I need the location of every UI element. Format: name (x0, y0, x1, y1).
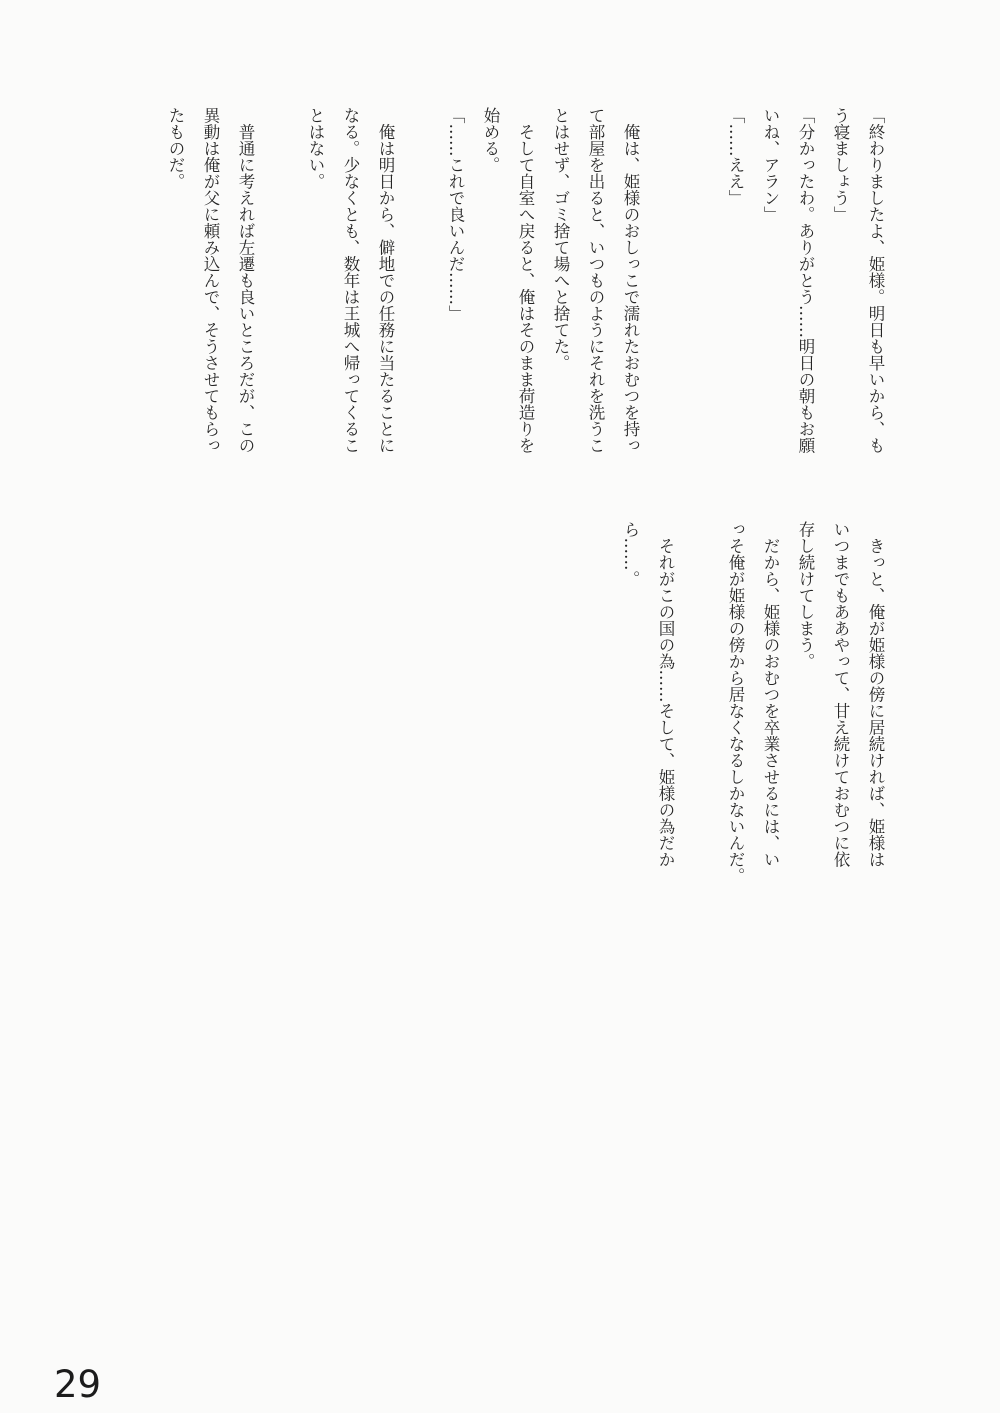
text-line: きっと、俺が姫様の傍に居続ければ、姫様は (858, 521, 893, 893)
text-line: 存し続けてしまう。 (788, 521, 823, 893)
text-line: 普通に考えれば左遷も良いところだが、この (228, 107, 263, 479)
text-line: 始める。 (473, 107, 508, 479)
text-line: ら……。 (613, 521, 648, 893)
text-line: だから、姫様のおむつを卒業させるには、い (753, 521, 788, 893)
text-line: とはない。 (298, 107, 333, 479)
text-line: そして自室へ戻ると、俺はそのまま荷造りを (508, 107, 543, 479)
text-line: なる。少なくとも、数年は王城へ帰ってくるこ (333, 107, 368, 479)
blank-line (403, 107, 438, 479)
text-line: それがこの国の為……そして、姫様の為だか (648, 521, 683, 893)
text-line: 「……これで良いんだ……」 (438, 107, 473, 479)
text-tier-top: 「終わりましたよ、姫様。明日も早いから、もう寝ましょう」「分かったわ。ありがとう… (158, 107, 893, 479)
blank-line (683, 107, 718, 479)
text-tier-bottom: きっと、俺が姫様の傍に居続ければ、姫様はいつまでもああやって、甘え続けておむつに… (613, 521, 893, 893)
text-line: たものだ。 (158, 107, 193, 479)
page-number: 29 (54, 1366, 101, 1403)
text-line: 俺は、姫様のおしっこで濡れたおむつを持っ (613, 107, 648, 479)
text-line: っそ俺が姫様の傍から居なくなるしかないんだ。 (718, 521, 753, 893)
text-line: いつまでもああやって、甘え続けておむつに依 (823, 521, 858, 893)
text-line: とはせず、ゴミ捨て場へと捨てた。 (543, 107, 578, 479)
text-line: う寝ましょう」 (823, 107, 858, 479)
text-line: 「終わりましたよ、姫様。明日も早いから、も (858, 107, 893, 479)
blank-line (263, 107, 298, 479)
text-line: 俺は明日から、僻地での任務に当たることに (368, 107, 403, 479)
blank-line (648, 107, 683, 479)
blank-line (683, 521, 718, 893)
text-line: 「……ええ」 (718, 107, 753, 479)
novel-page: 「終わりましたよ、姫様。明日も早いから、もう寝ましょう」「分かったわ。ありがとう… (0, 0, 1000, 1413)
text-line: て部屋を出ると、いつものようにそれを洗うこ (578, 107, 613, 479)
text-line: 異動は俺が父に頼み込んで、そうさせてもらっ (193, 107, 228, 479)
text-line: 「分かったわ。ありがとう……明日の朝もお願 (788, 107, 823, 479)
text-line: いね、アラン」 (753, 107, 788, 479)
